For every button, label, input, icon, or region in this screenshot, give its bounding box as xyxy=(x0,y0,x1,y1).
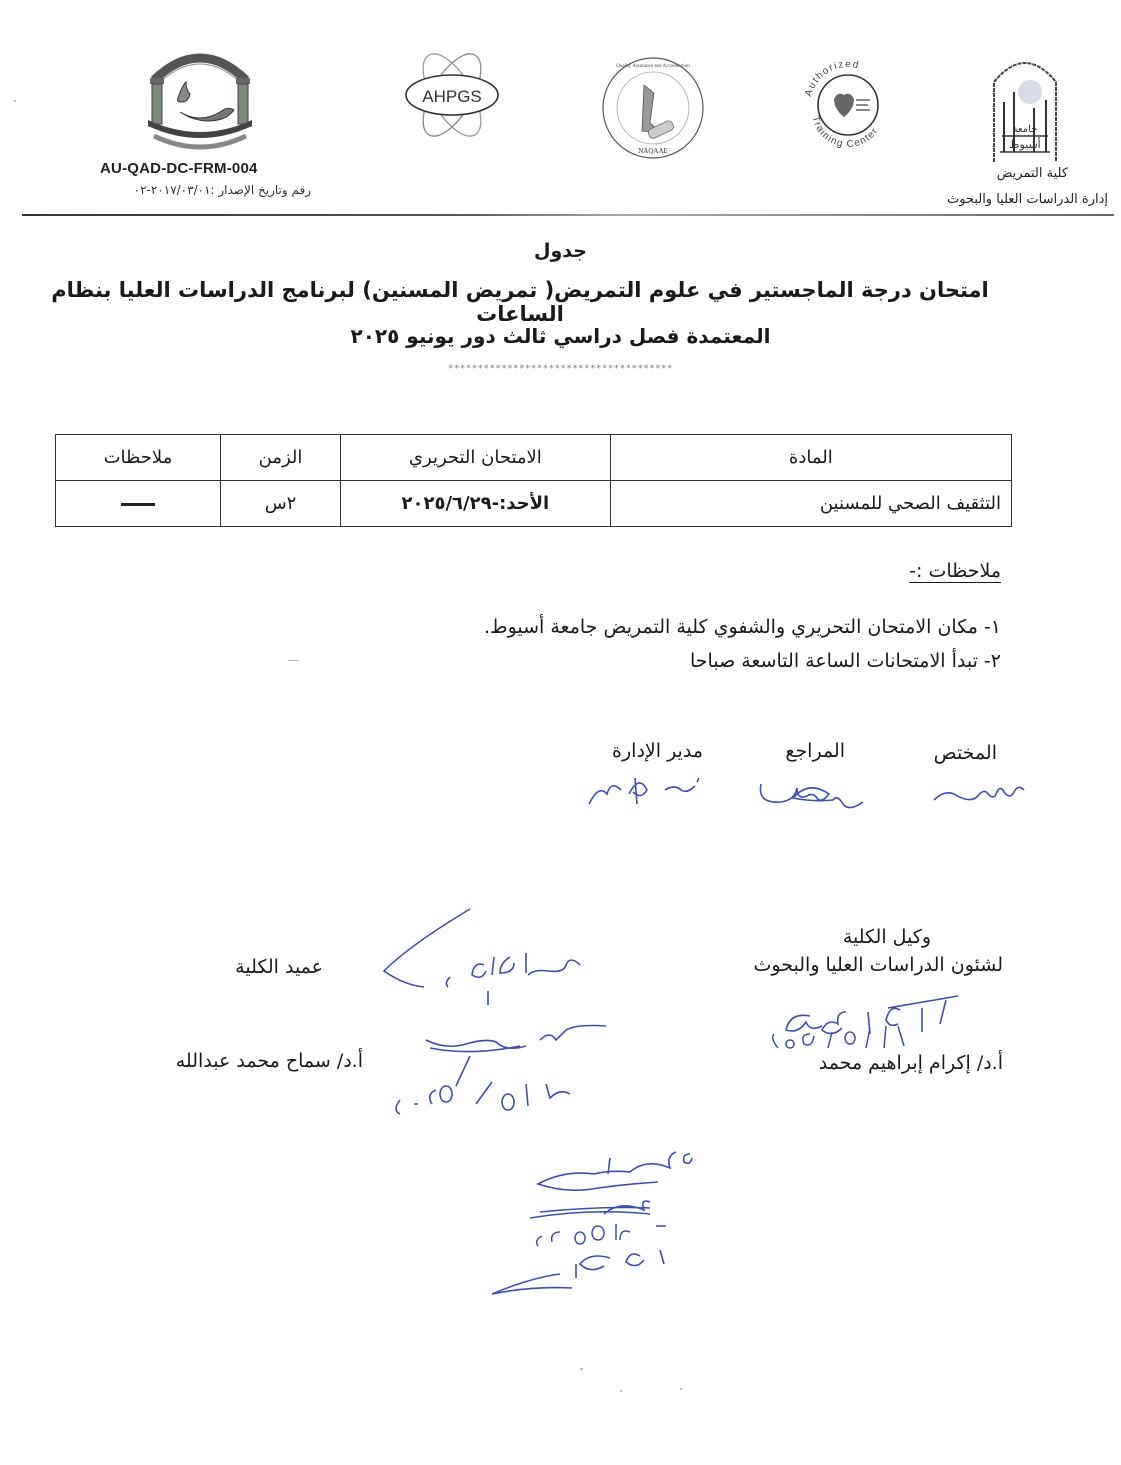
scan-speck xyxy=(14,100,16,102)
note-item: ٢- تبدأ الامتحانات الساعة التاسعة صباحا xyxy=(690,650,1001,672)
scan-speck xyxy=(680,1388,682,1390)
aha-training-center-seal: Authorized Training Center xyxy=(800,55,896,155)
form-code: AU-QAD-DC-FRM-004 xyxy=(100,160,258,177)
star-separator: ************************************** xyxy=(0,364,1121,374)
assiut-university-logo: جامعة أسيوط xyxy=(990,52,1060,164)
exam-schedule-table: المادة الامتحان التحريري الزمن ملاحظات ا… xyxy=(55,434,1012,527)
table-header-row: المادة الامتحان التحريري الزمن ملاحظات xyxy=(56,435,1012,481)
admin-director-signature xyxy=(585,764,715,812)
svg-text:Authorized: Authorized xyxy=(803,59,861,98)
note-item: ١- مكان الامتحان التحريري والشفوي كلية ا… xyxy=(484,616,1001,638)
header-written-exam: الامتحان التحريري xyxy=(341,435,611,481)
svg-text:أسيوط: أسيوط xyxy=(1009,137,1040,151)
dash-mark xyxy=(121,503,155,506)
specialist-signature xyxy=(920,770,1030,810)
ahpgs-logo-text: AHPGS xyxy=(422,87,482,106)
scan-speck xyxy=(288,660,298,661)
signatory-specialist-label: المختص xyxy=(934,742,997,764)
vice-dean-signature xyxy=(750,990,970,1060)
issue-number-date: رقم وتاريخ الإصدار :٢٠١٧/٠٣/٠١-٠٢ xyxy=(66,183,311,197)
signatory-admin-director-label: مدير الإدارة xyxy=(612,740,703,762)
dean-signature-date xyxy=(380,1020,620,1130)
dean-name: أ.د/ سماح محمد عبدالله xyxy=(176,1050,363,1072)
vice-dean-name: أ.د/ إكرام إبراهيم محمد xyxy=(819,1052,1003,1074)
svg-text:Quality Assurance and Accredit: Quality Assurance and Accreditation xyxy=(616,64,690,69)
svg-text:NAQAAE: NAQAAE xyxy=(638,147,668,155)
header-duration: الزمن xyxy=(220,435,340,481)
cell-written-exam-date: الأحد:-٢٠٢٥/٦/٢٩ xyxy=(341,481,611,527)
scan-speck xyxy=(620,1390,622,1392)
header-subject: المادة xyxy=(610,435,1011,481)
table-row: التثقيف الصحي للمسنين الأحد:-٢٠٢٥/٦/٢٩ ٢… xyxy=(56,481,1012,527)
cell-duration: ٢س xyxy=(220,481,340,527)
vice-dean-title-line-1: وكيل الكلية xyxy=(843,926,931,948)
signatory-reviewer-label: المراجع xyxy=(785,740,845,762)
department-name: إدارة الدراسات العليا والبحوث xyxy=(947,192,1108,207)
document-title: جدول xyxy=(0,240,1121,262)
reviewer-signature xyxy=(755,770,905,810)
notes-heading: ملاحظات :- xyxy=(909,560,1001,582)
dean-title: عميد الكلية xyxy=(235,956,323,978)
naqaae-seal: NAQAAE Quality Assurance and Accreditati… xyxy=(600,55,706,161)
dean-signature xyxy=(370,905,600,1025)
header-divider xyxy=(22,214,1114,216)
cell-notes xyxy=(56,481,221,527)
svg-text:Training Center: Training Center xyxy=(809,115,880,150)
ahpgs-logo: AHPGS xyxy=(400,45,504,145)
approval-signature xyxy=(480,1140,750,1320)
vice-dean-title-line-2: لشئون الدراسات العليا والبحوث xyxy=(754,954,1003,976)
svg-text:جامعة: جامعة xyxy=(1013,124,1038,135)
document-subtitle-line-1: امتحان درجة الماجستير في علوم التمريض( ت… xyxy=(40,278,1000,326)
faculty-of-nursing-seal xyxy=(140,40,260,158)
cell-subject: التثقيف الصحي للمسنين xyxy=(610,481,1011,527)
faculty-name: كلية التمريض xyxy=(997,166,1068,181)
document-subtitle-line-2: المعتمدة فصل دراسي ثالث دور يونيو ٢٠٢٥ xyxy=(0,324,1121,348)
scan-speck xyxy=(580,1368,583,1370)
header-notes: ملاحظات xyxy=(56,435,221,481)
